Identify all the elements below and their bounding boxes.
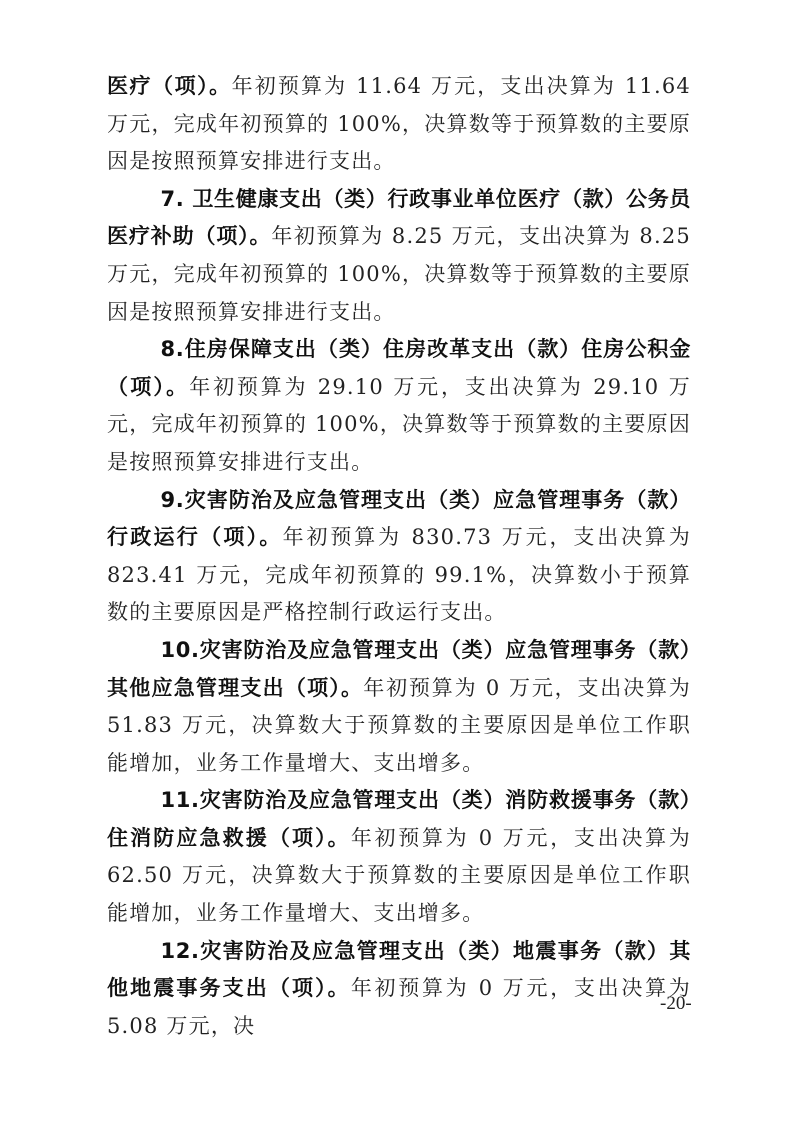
document-page: 医疗（项）。年初预算为 11.64 万元，支出决算为 11.64 万元，完成年初… [107, 68, 691, 1045]
paragraph-item-7-civil-servant-medical-subsidy: 7. 卫生健康支出（类）行政事业单位医疗（款）公务员医疗补助（项）。年初预算为 … [107, 181, 691, 331]
paragraph-item-8-housing-fund: 8.住房保障支出（类）住房改革支出（款）住房公积金（项）。年初预算为 29.10… [107, 331, 691, 481]
paragraph-item-11-fire-rescue: 11.灾害防治及应急管理支出（类）消防救援事务（款）住消防应急救援（项）。年初预… [107, 782, 691, 932]
paragraph-body: 年初预算为 29.10 万元，支出决算为 29.10 万元，完成年初预算的 10… [107, 375, 691, 474]
page-number: -20- [660, 993, 692, 1015]
paragraph-item-10-other-emergency-management: 10.灾害防治及应急管理支出（类）应急管理事务（款）其他应急管理支出（项）。年初… [107, 632, 691, 782]
paragraph-lead: 医疗（项）。 [107, 74, 232, 98]
paragraph-item-6-medical-continued: 医疗（项）。年初预算为 11.64 万元，支出决算为 11.64 万元，完成年初… [107, 68, 691, 181]
paragraph-item-12-earthquake-affairs: 12.灾害防治及应急管理支出（类）地震事务（款）其他地震事务支出（项）。年初预算… [107, 933, 691, 1046]
paragraph-item-9-administrative-operation: 9.灾害防治及应急管理支出（类）应急管理事务（款）行政运行（项）。年初预算为 8… [107, 482, 691, 632]
